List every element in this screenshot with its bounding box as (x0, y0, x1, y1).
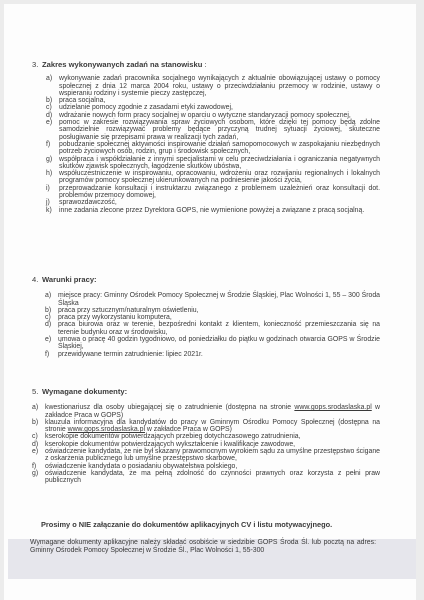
title-suffix: : (202, 60, 206, 69)
section-5-heading: 5.Wymagane dokumenty: (32, 388, 380, 395)
item-text: kwestionariusz dla osoby ubiegającej się… (45, 404, 294, 411)
notice-text: Prosimy o NIE załączanie do dokumentów a… (41, 521, 332, 528)
item-mark: e) (46, 119, 52, 126)
item-mark: a) (45, 292, 51, 299)
item-text: oświadczenie kandydata, że ma pełną zdol… (45, 470, 380, 484)
item-text: kserokopie dokumentów potwierdzających w… (45, 441, 295, 448)
item-mark: d) (46, 112, 52, 119)
item-mark: c) (45, 314, 51, 321)
list-item: b)klauzula informacyjna dla kandydatów d… (32, 419, 380, 434)
list-item: f)oświadczenie kandydata o posiadaniu ob… (32, 463, 380, 470)
item-mark: b) (32, 419, 38, 426)
section-title: Wymagane dokumenty: (42, 387, 127, 396)
website-link[interactable]: www.gops.srodaslaska.pl (68, 426, 145, 433)
item-text: praca biurowa oraz w terenie, bezpośredn… (58, 321, 380, 335)
item-mark: f) (46, 141, 50, 148)
item-text: współuczestniczenie w inspirowaniu, opra… (59, 170, 380, 184)
item-text: wdrażanie nowych form pracy socjalnej w … (59, 112, 351, 119)
website-link[interactable]: www.gops.srodaslaska.pl (294, 404, 371, 411)
list-item: g)współpraca i współdziałanie z innymi s… (46, 156, 380, 171)
section-number: 4. (32, 276, 42, 283)
list-item: c)praca przy wykorzystaniu komputera, (45, 314, 380, 321)
item-text: sprawozdawczość, (59, 199, 117, 206)
item-mark: c) (32, 433, 38, 440)
item-text: oświadczenie kandydata o posiadaniu obyw… (45, 463, 237, 470)
list-item: b)praca socjalna, (46, 97, 380, 104)
item-mark: h) (46, 170, 52, 177)
item-text: kserokopie dokumentów potwierdzających p… (45, 433, 300, 440)
list-item: a)kwestionariusz dla osoby ubiegającej s… (32, 404, 380, 419)
item-mark: i) (46, 185, 50, 192)
item-text: przeprowadzanie konsultacji i instruktar… (59, 185, 380, 199)
section-4-list: a)miejsce pracy: Gminny Ośrodek Pomocy S… (45, 292, 380, 358)
section-4: 4.Warunki pracy: a)miejsce pracy: Gminny… (32, 276, 380, 358)
section-number: 3. (32, 61, 42, 68)
item-text: pobudzanie społecznej aktywności inspiro… (59, 141, 380, 155)
list-item: a)wykonywanie zadań pracownika socjalneg… (46, 75, 380, 97)
section-3: 3.Zakres wykonywanych zadań na stanowisk… (32, 61, 380, 214)
item-text: udzielanie pomocy zgodnie z zasadami ety… (59, 104, 233, 111)
section-4-heading: 4.Warunki pracy: (32, 276, 380, 283)
item-text: praca przy wykorzystaniu komputera, (58, 314, 172, 321)
item-text: w zakładce Praca w GOPS) (145, 426, 232, 433)
item-mark: j) (46, 199, 50, 206)
item-text: praca przy sztucznym/naturalnym oświetle… (58, 307, 199, 314)
section-5: 5.Wymagane dokumenty: a)kwestionariusz d… (32, 388, 380, 485)
list-item: e)umowa o pracę 40 godzin tygodniowo, od… (45, 336, 380, 351)
list-item: d)praca biurowa oraz w terenie, bezpośre… (45, 321, 380, 336)
list-item: d)kserokopie dokumentów potwierdzających… (32, 441, 380, 448)
list-item: f)pobudzanie społecznej aktywności inspi… (46, 141, 380, 156)
list-item: c)kserokopie dokumentów potwierdzających… (32, 433, 380, 440)
list-item: g)oświadczenie kandydata, że ma pełną zd… (32, 470, 380, 485)
item-text: pomoc w zakresie rozwiązywania spraw życ… (59, 119, 380, 141)
item-mark: g) (46, 156, 52, 163)
list-item: k)inne zadania zlecone przez Dyrektora G… (46, 207, 380, 214)
item-mark: b) (45, 307, 51, 314)
item-text: praca socjalna, (59, 97, 105, 104)
item-mark: e) (32, 448, 38, 455)
item-text: przewidywane termin zatrudnienie: lipiec… (58, 351, 203, 358)
list-item: e)oświadczenie kandydata, że nie był ska… (32, 448, 380, 463)
item-text: miejsce pracy: Gminny Ośrodek Pomocy Spo… (58, 292, 380, 306)
document-page: 3.Zakres wykonywanych zadań na stanowisk… (4, 4, 416, 600)
list-item: j)sprawozdawczość, (46, 199, 380, 206)
list-item: d)wdrażanie nowych form pracy socjalnej … (46, 112, 380, 119)
item-mark: d) (45, 321, 51, 328)
list-item: h)współuczestniczenie w inspirowaniu, op… (46, 170, 380, 185)
section-title: Zakres wykonywanych zadań na stanowisku (42, 60, 202, 69)
item-mark: e) (45, 336, 51, 343)
list-item: i)przeprowadzanie konsultacji i instrukt… (46, 185, 380, 200)
item-text: współpraca i współdziałanie z innymi spe… (59, 156, 380, 170)
list-item: c)udzielanie pomocy zgodnie z zasadami e… (46, 104, 380, 111)
section-3-list: a)wykonywanie zadań pracownika socjalneg… (46, 75, 380, 214)
item-mark: f) (45, 351, 49, 358)
list-item: a)miejsce pracy: Gminny Ośrodek Pomocy S… (45, 292, 380, 307)
item-mark: d) (32, 441, 38, 448)
item-mark: a) (46, 75, 52, 82)
item-text: wykonywanie zadań pracownika socjalnego … (59, 75, 380, 97)
item-mark: a) (32, 404, 38, 411)
item-text: oświadczenie kandydata, że nie był skaza… (45, 448, 380, 462)
item-mark: k) (46, 207, 52, 214)
section-5-list: a)kwestionariusz dla osoby ubiegającej s… (32, 404, 380, 484)
item-text: inne zadania zlecone przez Dyrektora GOP… (59, 207, 364, 214)
item-mark: b) (46, 97, 52, 104)
list-item: f)przewidywane termin zatrudnienie: lipi… (45, 351, 380, 358)
list-item: e)pomoc w zakresie rozwiązywania spraw ż… (46, 119, 380, 141)
item-mark: c) (46, 104, 52, 111)
section-number: 5. (32, 388, 42, 395)
footer-paragraph: Wymagane dokumenty aplikacyjne należy sk… (30, 539, 376, 554)
item-mark: g) (32, 470, 38, 477)
section-title: Warunki pracy: (42, 275, 97, 284)
list-item: b)praca przy sztucznym/naturalnym oświet… (45, 307, 380, 314)
item-text: umowa o pracę 40 godzin tygodniowo, od p… (58, 336, 380, 350)
item-mark: f) (32, 463, 36, 470)
section-3-heading: 3.Zakres wykonywanych zadań na stanowisk… (32, 61, 380, 68)
